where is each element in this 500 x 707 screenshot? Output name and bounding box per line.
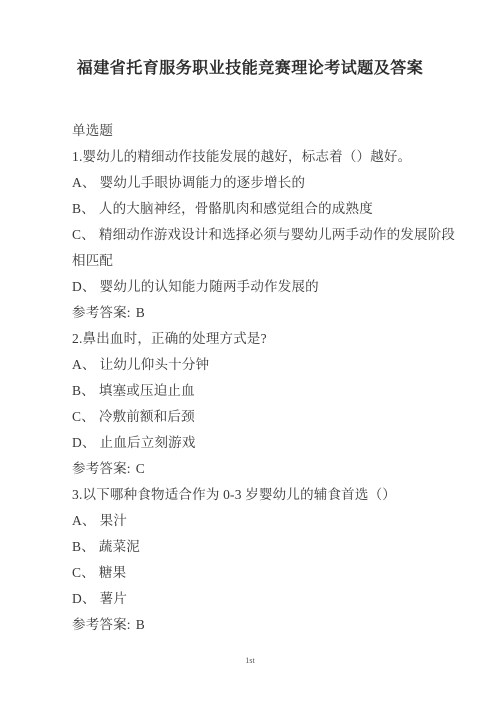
option-label: D、 xyxy=(72,435,96,450)
option-text: 精细动作游戏设计和选择必须与婴幼儿两手动作的发展阶段相匹配 xyxy=(72,227,455,268)
option-a: A、果汁 xyxy=(72,508,464,534)
document-body: 单选题 1.婴幼儿的精细动作技能发展的越好，标志着（）越好。 A、婴幼儿手眼协调… xyxy=(72,118,464,638)
option-d: D、婴幼儿的认知能力随两手动作发展的 xyxy=(72,274,464,300)
option-label: A、 xyxy=(72,175,96,190)
option-label: B、 xyxy=(72,539,95,554)
document-title: 福建省托育服务职业技能竞赛理论考试题及答案 xyxy=(0,56,500,81)
option-c: C、冷敷前额和后颈 xyxy=(72,404,464,430)
question-text: 3.以下哪种食物适合作为 0-3 岁婴幼儿的辅食首选（） xyxy=(72,482,464,508)
option-c: C、糖果 xyxy=(72,560,464,586)
option-text: 让幼儿仰头十分钟 xyxy=(100,357,210,372)
question-block-3: 3.以下哪种食物适合作为 0-3 岁婴幼儿的辅食首选（） A、果汁 B、蔬菜泥 … xyxy=(72,482,464,638)
option-text: 糖果 xyxy=(99,565,126,580)
option-label: A、 xyxy=(72,357,96,372)
option-text: 蔬菜泥 xyxy=(99,539,140,554)
answer-line: 参考答案:B xyxy=(72,612,464,638)
answer-line: 参考答案:C xyxy=(72,456,464,482)
option-label: D、 xyxy=(72,591,96,606)
option-b: B、蔬菜泥 xyxy=(72,534,464,560)
question-block-1: 1.婴幼儿的精细动作技能发展的越好，标志着（）越好。 A、婴幼儿手眼协调能力的逐… xyxy=(72,144,464,326)
question-text: 1.婴幼儿的精细动作技能发展的越好，标志着（）越好。 xyxy=(72,144,464,170)
answer-prefix: 参考答案: xyxy=(72,305,131,320)
option-label: C、 xyxy=(72,565,95,580)
option-text: 人的大脑神经，骨骼肌肉和感觉组合的成熟度 xyxy=(99,201,373,216)
answer-prefix: 参考答案: xyxy=(72,617,131,632)
option-d: D、薯片 xyxy=(72,586,464,612)
question-text: 2.鼻出血时，正确的处理方式是? xyxy=(72,326,464,352)
option-b: B、填塞或压迫止血 xyxy=(72,378,464,404)
option-label: B、 xyxy=(72,383,95,398)
option-text: 果汁 xyxy=(100,513,127,528)
section-label: 单选题 xyxy=(72,118,464,144)
answer-value: B xyxy=(136,617,145,632)
option-a: A、让幼儿仰头十分钟 xyxy=(72,352,464,378)
option-label: A、 xyxy=(72,513,96,528)
document-page: 福建省托育服务职业技能竞赛理论考试题及答案 单选题 1.婴幼儿的精细动作技能发展… xyxy=(0,0,500,707)
option-label: B、 xyxy=(72,201,95,216)
answer-value: C xyxy=(136,461,145,476)
option-text: 婴幼儿的认知能力随两手动作发展的 xyxy=(100,279,319,294)
option-d: D、止血后立刻游戏 xyxy=(72,430,464,456)
option-text: 冷敷前额和后颈 xyxy=(99,409,195,424)
page-number-footer: 1st xyxy=(0,656,500,665)
option-text: 填塞或压迫止血 xyxy=(99,383,195,398)
answer-value: B xyxy=(136,305,145,320)
answer-prefix: 参考答案: xyxy=(72,461,131,476)
option-text: 婴幼儿手眼协调能力的逐步增长的 xyxy=(100,175,306,190)
option-text: 薯片 xyxy=(100,591,127,606)
option-b: B、人的大脑神经，骨骼肌肉和感觉组合的成熟度 xyxy=(72,196,464,222)
option-label: C、 xyxy=(72,409,95,424)
option-a: A、婴幼儿手眼协调能力的逐步增长的 xyxy=(72,170,464,196)
option-label: C、 xyxy=(72,227,95,242)
option-c: C、精细动作游戏设计和选择必须与婴幼儿两手动作的发展阶段相匹配 xyxy=(72,222,464,274)
answer-line: 参考答案:B xyxy=(72,300,464,326)
option-label: D、 xyxy=(72,279,96,294)
question-block-2: 2.鼻出血时，正确的处理方式是? A、让幼儿仰头十分钟 B、填塞或压迫止血 C、… xyxy=(72,326,464,482)
option-text: 止血后立刻游戏 xyxy=(100,435,196,450)
